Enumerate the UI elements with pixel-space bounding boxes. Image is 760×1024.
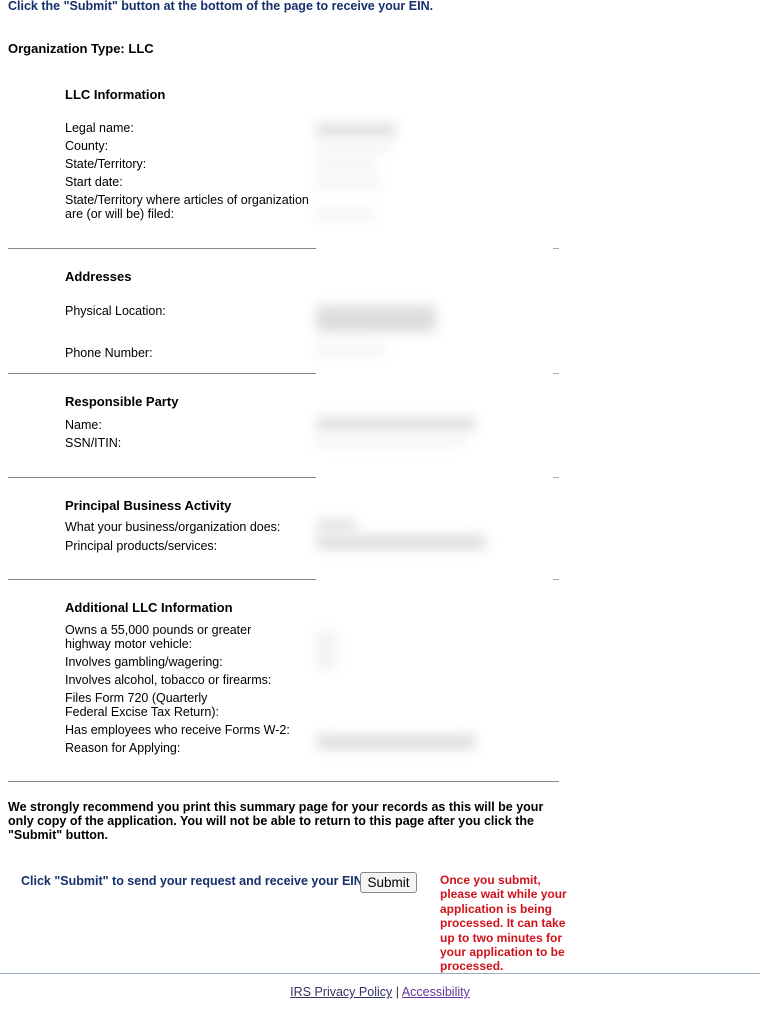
print-recommendation: We strongly recommend you print this sum… (8, 800, 568, 842)
label-heavy-vehicle-line2: highway motor vehicle: (65, 637, 192, 651)
redacted-physical-location (316, 306, 436, 332)
section-title-responsible-party: Responsible Party (65, 394, 178, 409)
redacted-answers (316, 630, 336, 670)
label-legal-name: Legal name: (65, 121, 134, 135)
section-divider-tail (553, 248, 559, 249)
label-business-does: What your business/organization does: (65, 520, 280, 534)
label-form-720-line1: Files Form 720 (Quarterly (65, 691, 207, 705)
accessibility-link[interactable]: Accessibility (402, 985, 470, 999)
footer-separator: | (396, 985, 399, 999)
submit-button[interactable]: Submit (360, 872, 417, 893)
redacted-phone-number (316, 346, 386, 356)
redacted-ssn-itin (316, 436, 466, 446)
organization-type: Organization Type: LLC (8, 41, 154, 56)
label-physical-location: Physical Location: (65, 304, 166, 318)
section-title-principal-business-activity: Principal Business Activity (65, 498, 231, 513)
processing-wait-note: Once you submit, please wait while your … (440, 873, 575, 974)
section-divider (8, 248, 316, 249)
label-name: Name: (65, 418, 102, 432)
label-products-services: Principal products/services: (65, 539, 217, 553)
label-articles-state-line1: State/Territory where articles of organi… (65, 193, 309, 207)
redacted-start-date (316, 178, 381, 188)
footer: IRS Privacy Policy | Accessibility (0, 985, 760, 999)
label-alcohol-tobacco-firearms: Involves alcohol, tobacco or firearms: (65, 673, 271, 687)
redacted-products-services (316, 535, 486, 549)
label-articles-state-line2: are (or will be) filed: (65, 207, 174, 221)
label-ssn-itin: SSN/ITIN: (65, 436, 121, 450)
section-divider (8, 781, 559, 782)
section-divider (8, 373, 316, 374)
section-divider-tail (553, 477, 559, 478)
redacted-state (316, 160, 376, 170)
section-divider-tail (553, 579, 559, 580)
section-divider (8, 579, 316, 580)
submit-instruction: Click "Submit" to send your request and … (21, 874, 366, 888)
footer-divider (0, 973, 760, 974)
label-state-territory: State/Territory: (65, 157, 146, 171)
label-phone-number: Phone Number: (65, 346, 153, 360)
redacted-articles-state (316, 210, 376, 220)
top-instruction: Click the "Submit" button at the bottom … (8, 0, 433, 13)
redacted-business-does (316, 520, 356, 530)
privacy-policy-link[interactable]: IRS Privacy Policy (290, 985, 392, 999)
section-divider-tail (553, 373, 559, 374)
redacted-legal-name (316, 124, 396, 136)
redacted-reason (316, 735, 476, 749)
redacted-name (316, 418, 476, 430)
label-start-date: Start date: (65, 175, 123, 189)
section-title-additional-llc-information: Additional LLC Information (65, 600, 233, 615)
label-reason-for-applying: Reason for Applying: (65, 741, 180, 755)
redacted-county (316, 142, 391, 152)
label-heavy-vehicle-line1: Owns a 55,000 pounds or greater (65, 623, 251, 637)
section-title-addresses: Addresses (65, 269, 131, 284)
section-title-llc-information: LLC Information (65, 87, 165, 102)
label-w2-employees: Has employees who receive Forms W-2: (65, 723, 290, 737)
section-divider (8, 477, 316, 478)
label-county: County: (65, 139, 108, 153)
label-gambling: Involves gambling/wagering: (65, 655, 223, 669)
label-form-720-line2: Federal Excise Tax Return): (65, 705, 219, 719)
